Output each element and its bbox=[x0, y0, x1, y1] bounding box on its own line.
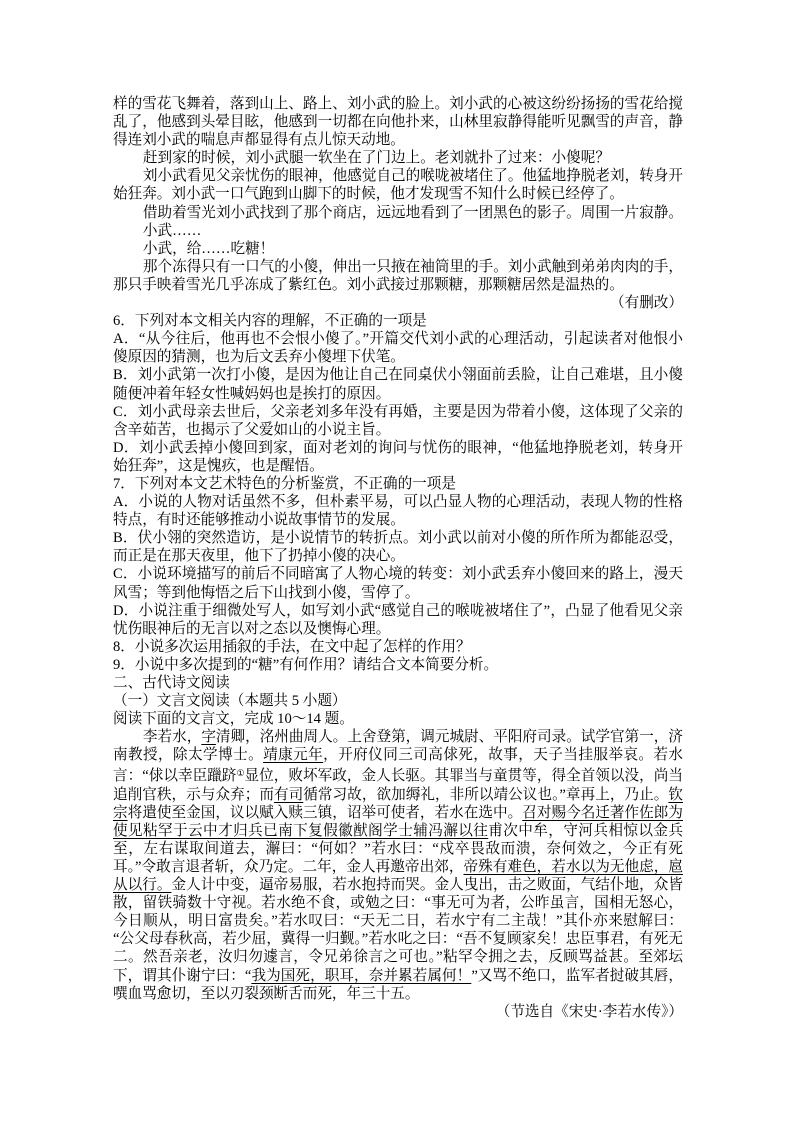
classical-reading-subheading: （一）文言文阅读（本题共 5 小题） bbox=[113, 692, 683, 710]
question-7-option-c: C．小说环境描写的前后不同暗寓了人物心境的转变：刘小武丢弃小傻回来的路上，漫天风… bbox=[113, 565, 683, 601]
question-6-option-c: C．刘小武母亲去世后，父亲老刘多年没有再婚，主要是因为带着小傻，这体现了父亲的含… bbox=[113, 403, 683, 439]
story-paragraph: 那个冻得只有一口气的小傻，伸出一只掖在袖筒里的手。刘小武触到弟弟肉肉的手，那只手… bbox=[113, 258, 683, 294]
classical-reading-instruction: 阅读下面的文言文，完成 10～14 题。 bbox=[113, 710, 683, 728]
story-continuation-paragraph: 样的雪花飞舞着，落到山上、路上、刘小武的脸上。刘小武的心被这纷纷扬扬的雪花给搅乱… bbox=[113, 95, 683, 149]
classical-passage: 李若水，字清卿，洺州曲周人。上舍登第，调元城尉、平阳府司录。试学官第一，济南教授… bbox=[113, 728, 683, 1002]
question-8: 8．小说多次运用插叙的手法，在文中起了怎样的作用？ bbox=[113, 638, 683, 656]
story-paragraph: 借助着雪光刘小武找到了那个商店，远远地看到了一团黑色的影子。周围一片寂静。 bbox=[113, 204, 683, 222]
question-6-option-b: B．刘小武第一次打小傻，是因为他让自己在同桌伏小翎面前丢脸，让自己难堪，且小傻随… bbox=[113, 366, 683, 402]
source-citation: （节选自《宋史·李若水传》） bbox=[113, 1003, 683, 1021]
page-content: 样的雪花飞舞着，落到山上、路上、刘小武的脸上。刘小武的心被这纷纷扬扬的雪花给搅乱… bbox=[113, 95, 683, 1021]
footnote-marker: ① bbox=[236, 768, 244, 778]
question-6-option-d: D．刘小武丢掉小傻回到家，面对老刘的询问与忧伤的眼神，“他猛地挣脱老刘，转身开始… bbox=[113, 439, 683, 475]
classical-segment: 将遣使至金国，议以赋入赎三镇，诏举可使者，若水在选中。 bbox=[128, 805, 523, 821]
question-7-option-a: A．小说的人物对话虽然不多，但朴素平易，可以凸显人物的心理活动，表现人物的性格特… bbox=[113, 493, 683, 529]
question-6-option-a: A．“从今往后，他再也不会恨小傻了。”开篇交代刘小武的心理活动，引起读者对他恨小… bbox=[113, 330, 683, 366]
classical-segment: 循常习故，欲加缛礼，非所以靖公议也。”章再上，乃止。 bbox=[303, 787, 668, 803]
classical-segment-underlined: 有司 bbox=[274, 787, 303, 803]
question-9: 9．小说中多次提到的“糖”有何作用？请结合文本简要分析。 bbox=[113, 656, 683, 674]
story-paragraph: 刘小武看见父亲忧伤的眼神，他感觉自己的喉咙被堵住了。他猛地挣脱老刘，转身开始狂奔… bbox=[113, 167, 683, 203]
classical-segment: 李若水， bbox=[143, 729, 201, 745]
exam-paper-page: 样的雪花飞舞着，落到山上、路上、刘小武的脸上。刘小武的心被这纷纷扬扬的雪花给搅乱… bbox=[0, 0, 794, 1123]
section-two-heading: 二、古代诗文阅读 bbox=[113, 674, 683, 692]
classical-segment-underlined: 字 bbox=[201, 729, 216, 745]
classical-segment-underlined: 靖康元年 bbox=[263, 747, 323, 763]
question-6-stem: 6．下列对本文相关内容的理解，不正确的一项是 bbox=[113, 312, 683, 330]
story-paragraph: 赶到家的时候，刘小武腿一软坐在了门边上。老刘就扑了过来：小傻呢？ bbox=[113, 149, 683, 167]
question-7-stem: 7．下列对本文艺术特色的分析鉴赏，不正确的一项是 bbox=[113, 475, 683, 493]
classical-segment-underlined: 我为国死，职耳，奈并累若属何！ bbox=[251, 968, 471, 984]
story-paragraph: 小武，给……吃糖！ bbox=[113, 240, 683, 258]
question-7-option-d: D．小说注重于细微处写人，如写刘小武“感觉自己的喉咙被堵住了”，凸显了他看见父亲… bbox=[113, 602, 683, 638]
question-7-option-b: B．伏小翎的突然造访，是小说情节的转折点。刘小武以前对小傻的所作所为都能忍受，而… bbox=[113, 529, 683, 565]
story-paragraph: 小武…… bbox=[113, 222, 683, 240]
deletion-note: （有删改） bbox=[113, 294, 683, 312]
